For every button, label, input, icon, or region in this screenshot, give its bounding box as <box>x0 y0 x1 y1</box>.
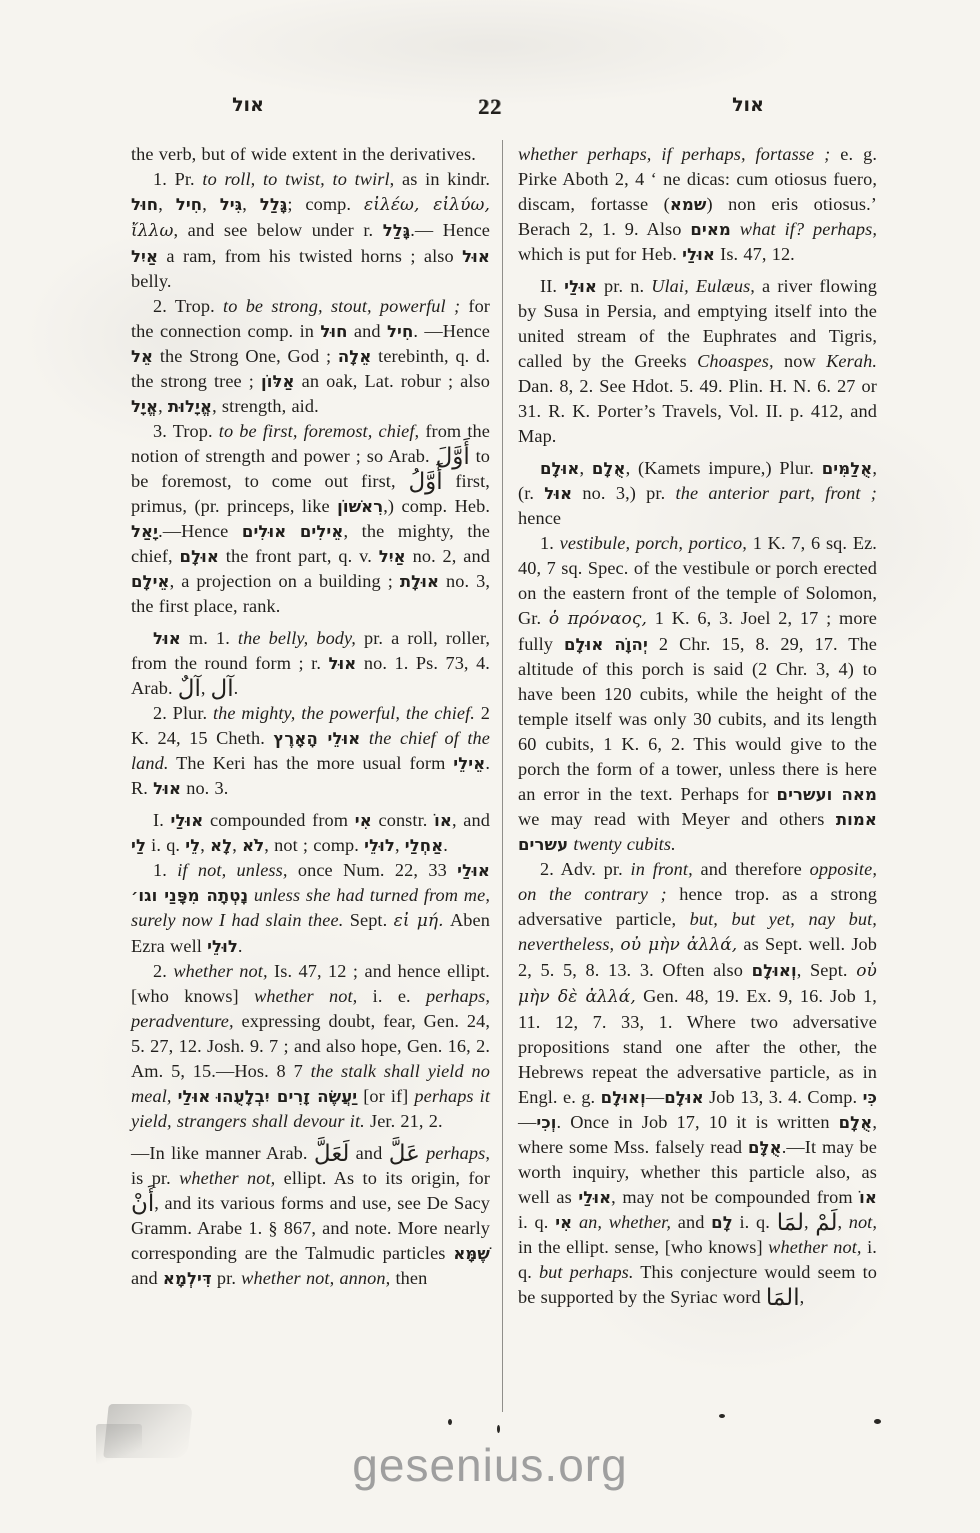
hebrew-text: אֵילִים <box>300 522 344 541</box>
text: pr. <box>212 1268 241 1288</box>
text: no. 2, and <box>406 546 490 566</box>
text: ,) comp. Heb. <box>383 496 490 516</box>
text: Dan. 8, 2. See Hdot. 5. 49. Plin. H. N. … <box>518 376 877 446</box>
text: , not ; comp. <box>264 835 364 855</box>
hebrew-text: אוּל <box>544 484 572 503</box>
text-columns: the verb, but of wide extent in the deri… <box>131 142 877 1310</box>
dictionary-paragraph: 1. vestibule, porch, portico, 1 K. 7, 6 … <box>518 531 877 857</box>
hebrew-text: אוּלָת <box>400 572 439 591</box>
hebrew-text: יָאַל <box>131 522 158 541</box>
dictionary-paragraph: I. אוּלַי compounded from אִי constr. או… <box>131 808 490 858</box>
text: , <box>158 396 168 416</box>
hebrew-text: לֹא <box>242 836 264 855</box>
text: i. q. <box>518 1212 555 1232</box>
text: , may not be compounded from <box>611 1187 859 1207</box>
italic-text: if not, unless, <box>177 860 287 880</box>
text: ; comp. <box>287 194 364 214</box>
italic-text: an, whether, <box>579 1212 671 1232</box>
text: . <box>443 835 448 855</box>
dictionary-paragraph: 2. Adv. pr. in front, and therefore oppo… <box>518 857 877 1310</box>
hebrew-text: אֻלָּם <box>748 1138 782 1157</box>
italic-text: twenty cubits. <box>573 834 675 854</box>
hebrew-text: לוּלֵי <box>207 937 238 956</box>
hebrew-text: אוֹ <box>859 1188 877 1207</box>
hebrew-text: גָּלַל <box>260 195 288 214</box>
hebrew-text: אוּל <box>153 779 181 798</box>
text: .—Hence <box>158 521 242 541</box>
text: then <box>390 1268 427 1288</box>
italic-text: perhaps, <box>426 1143 490 1163</box>
hebrew-text: אוּלָם <box>540 459 579 478</box>
italic-text: Choaspes, <box>697 351 774 371</box>
text: no. 3,) pr. <box>572 483 675 503</box>
right-column: whether perhaps, if perhaps, fortasse ; … <box>518 142 877 1310</box>
text: 2. Adv. pr. <box>540 859 631 879</box>
text: , <box>158 194 176 214</box>
text <box>731 219 740 239</box>
hebrew-text: אוּלֵי הָאָרֶץ <box>273 729 360 748</box>
hebrew-text: דִּילְמָא <box>163 1269 212 1288</box>
italic-text: whether perhaps, if perhaps, fortasse ; <box>518 144 830 164</box>
dictionary-paragraph: 3. Trop. to be first, foremost, chief, f… <box>131 419 490 619</box>
italic-text: the anterior part, front ; <box>676 483 877 503</box>
text: and therefore <box>693 859 810 879</box>
text: hence <box>518 508 561 528</box>
text: i. q. <box>733 1212 777 1232</box>
text: in the ellipt. sense, [who knows] <box>518 1237 768 1257</box>
hebrew-text: אֻלָם <box>839 1113 873 1132</box>
text: 1. <box>153 860 177 880</box>
text: which is put for Heb. <box>518 244 682 264</box>
text <box>603 634 614 654</box>
text: pr. n. <box>597 276 651 296</box>
text: [or if] <box>357 1086 414 1106</box>
text: , <box>200 835 210 855</box>
text: and <box>348 321 387 341</box>
hebrew-text: אוּלַי <box>564 277 597 296</box>
text: , <box>800 1287 805 1307</box>
arabic-text: لَعَلَّ <box>314 1141 350 1167</box>
text: ellipt. As to its origin, for <box>275 1168 490 1188</box>
hebrew-text: אוּל <box>462 247 490 266</box>
hebrew-text: לָא <box>210 836 232 855</box>
text: compounded from <box>203 810 354 830</box>
text: — <box>646 1087 664 1107</box>
italic-text: the mighty, the powerful, the chief. <box>213 703 475 723</box>
arabic-text: آل <box>211 676 234 702</box>
text: , <box>201 678 211 698</box>
text <box>286 521 300 541</box>
hebrew-text: חִיל <box>176 195 202 214</box>
hebrew-text: יַעֲשֶׂה זָרִים יִבְלָעֻהוּ <box>216 1087 357 1106</box>
text: . <box>234 678 239 698</box>
hebrew-text: אוּלָם <box>664 1088 703 1107</box>
arabic-text: أَوَّلُ <box>408 469 442 495</box>
hebrew-text: אֵלָה <box>338 347 372 366</box>
text: , and see below under r. <box>173 220 382 240</box>
hebrew-text: חוּל <box>131 195 158 214</box>
hebrew-text: אוּלָם <box>180 547 219 566</box>
arabic-text: عَلَّ <box>389 1141 420 1167</box>
hebrew-text: לֵי <box>185 836 200 855</box>
hebrew-text: רִאשׁוֹן <box>337 497 383 516</box>
italic-text: the belly, body, <box>238 628 356 648</box>
text: , and <box>452 810 490 830</box>
italic-text: what if? perhaps, <box>740 219 877 239</box>
hebrew-text: אַחְלַי <box>405 836 443 855</box>
text: 3. Trop. <box>153 421 219 441</box>
text: we may read with Meyer and others <box>518 809 836 829</box>
text: Is. 47, 12. <box>715 244 795 264</box>
text: .— Hence <box>410 220 490 240</box>
text: Sept. <box>343 910 393 930</box>
hebrew-text: אוּלַי <box>578 1188 611 1207</box>
text: constr. <box>372 810 434 830</box>
italic-text: in front, <box>631 859 693 879</box>
text: . —Hence <box>413 321 490 341</box>
dictionary-paragraph: אוּלָם, אֻלָם, (Kamets impure,) Plur. אֻ… <box>518 456 877 531</box>
text: , a projection on a building ; <box>170 571 400 591</box>
hebrew-text: אוּלָם <box>564 635 603 654</box>
text: , <box>804 1212 815 1232</box>
text: an oak, Lat. robur ; also <box>295 371 490 391</box>
text: , <box>395 835 405 855</box>
text: , as in kindr. <box>390 169 490 189</box>
italic-text: whether not, <box>179 1168 275 1188</box>
text: 1. Pr. <box>153 169 202 189</box>
text: Job 13, 3. 4. Comp. <box>704 1087 863 1107</box>
page-number: 22 <box>0 94 980 120</box>
text: , <box>579 458 591 478</box>
hebrew-text: שמא <box>670 195 707 214</box>
italic-text: to be strong, stout, powerful ; <box>223 296 460 316</box>
text: 1. <box>540 533 560 553</box>
text: and <box>349 1143 388 1163</box>
arabic-text: أَوَّلَ <box>436 444 470 470</box>
ink-speck <box>497 1425 500 1433</box>
greek-text: ὁ πρόναος, <box>549 609 647 629</box>
dictionary-paragraph: 1. if not, unless, once Num. 22, 33 אוּל… <box>131 858 490 959</box>
hebrew-text: גִּיל <box>220 195 242 214</box>
dictionary-paragraph: II. אוּלַי pr. n. Ulai, Eulæus, a river … <box>518 274 877 449</box>
text: 2. <box>153 961 173 981</box>
hebrew-text: לָם <box>711 1213 733 1232</box>
text: —In like manner Arab. <box>131 1143 314 1163</box>
hebrew-text: אַיִל <box>131 247 158 266</box>
greek-text: εἰ μή. <box>394 911 444 931</box>
text: and <box>671 1212 711 1232</box>
text: 2 Chr. 15, 8. 29, 17. The altitude of th… <box>518 634 877 804</box>
text: belly. <box>131 271 172 291</box>
text: , <box>242 194 260 214</box>
hebrew-text: וְאוּלָם <box>601 1088 646 1107</box>
hebrew-text: חוּל <box>320 322 347 341</box>
text: i. e. <box>357 986 426 1006</box>
text: a ram, from his twisted horns ; also <box>158 246 462 266</box>
header-catchword-right: אול <box>678 94 818 116</box>
hebrew-text: אוֹ <box>434 811 452 830</box>
text: , <box>232 835 242 855</box>
text <box>360 728 369 748</box>
greek-text: οὐ μὴν ἀλλά, <box>620 935 737 955</box>
hebrew-text: וְאוּלָם <box>752 961 797 980</box>
hebrew-text: גָּלַל <box>383 221 411 240</box>
arabic-text: لمَا <box>777 1210 804 1236</box>
dictionary-paragraph: whether perhaps, if perhaps, fortasse ; … <box>518 142 877 267</box>
arabic-text: آلٌ <box>178 676 201 702</box>
italic-text: to roll, to twist, to twirl <box>202 169 389 189</box>
hebrew-text: מאה ועשרים <box>777 785 877 804</box>
hebrew-text: אוּל <box>328 654 356 673</box>
text: once Num. 22, 33 <box>288 860 458 880</box>
text: , <box>838 1212 849 1232</box>
text: m. 1. <box>181 628 238 648</box>
ink-speck <box>448 1419 452 1425</box>
italic-text: Kerah. <box>826 351 877 371</box>
text: is pr. <box>131 1168 179 1188</box>
hebrew-text: אוּלַי <box>178 1087 211 1106</box>
text: the Strong One, God ; <box>153 346 338 366</box>
hebrew-text: אוּל <box>153 629 181 648</box>
text: 2. Trop. <box>153 296 223 316</box>
hebrew-text: אֻלַמִּים <box>822 459 873 478</box>
left-column: the verb, but of wide extent in the deri… <box>131 142 490 1310</box>
italic-text: to be first, foremost, chief, <box>219 421 419 441</box>
hebrew-text: אַלּוֹן <box>261 372 295 391</box>
hebrew-text: אוּלַי <box>682 245 715 264</box>
hebrew-text: אַיִל <box>379 547 406 566</box>
hebrew-text: אֱיָל <box>131 397 158 416</box>
hebrew-text: אוּלִים <box>242 522 286 541</box>
italic-text: but perhaps. <box>539 1262 634 1282</box>
text: , Sept. <box>797 960 856 980</box>
hebrew-text: שֶׁמָּא <box>453 1244 490 1263</box>
text: , and its various forms and use, see De … <box>131 1193 490 1263</box>
dictionary-paragraph: 2. Plur. the mighty, the powerful, the c… <box>131 701 490 801</box>
arabic-text: أَنْ <box>131 1191 154 1217</box>
ink-speck <box>719 1414 725 1418</box>
hebrew-text: אֻלָם <box>592 459 626 478</box>
text: I. <box>153 810 171 830</box>
text: now <box>774 351 826 371</box>
hebrew-text: לַי <box>131 836 146 855</box>
hebrew-text: אֵילָם <box>131 572 170 591</box>
hebrew-text: וְכִי <box>536 1113 556 1132</box>
running-header: אול 22 אול <box>0 94 980 126</box>
hebrew-text: כִּי <box>863 1088 877 1107</box>
italic-text: whether not, <box>768 1237 861 1257</box>
italic-text: vestibule, porch, portico, <box>560 533 747 553</box>
dictionary-paragraph: 2. whether not, Is. 47, 12 ; and hence e… <box>131 959 490 1134</box>
text: II. <box>540 276 564 296</box>
hebrew-text: יְהוָֹה <box>614 635 648 654</box>
text: , strength, aid. <box>212 396 319 416</box>
text: The Keri has the more usual form <box>169 753 454 773</box>
italic-text: whether not, annon, <box>241 1268 390 1288</box>
dictionary-paragraph: אוּל m. 1. the belly, body, pr. a roll, … <box>131 626 490 701</box>
text: no. 3. <box>181 778 228 798</box>
italic-text: whether not, <box>173 961 267 981</box>
text: the front part, q. v. <box>219 546 379 566</box>
site-watermark: gesenius.org <box>0 1438 980 1492</box>
ink-speck <box>874 1419 881 1424</box>
italic-text: whether not, <box>254 986 357 1006</box>
text: . Once in Job 17, 10 it is written <box>557 1112 839 1132</box>
dictionary-paragraph: 1. Pr. to roll, to twist, to twirl, as i… <box>131 167 490 294</box>
text: Jer. 21, 2. <box>365 1111 443 1131</box>
text: the verb, but of wide extent in the deri… <box>131 144 476 164</box>
arabic-text: المَا <box>766 1285 800 1311</box>
scanned-lexicon-page: אול 22 אול the verb, but of wide extent … <box>0 0 980 1533</box>
text: and <box>131 1268 163 1288</box>
dictionary-paragraph: —In like manner Arab. لَعَلَّ and عَلَّ … <box>131 1141 490 1291</box>
hebrew-text: אִי <box>555 1213 572 1232</box>
arabic-text: لَمْ <box>815 1210 837 1236</box>
hebrew-text: אֵילֵי <box>453 754 485 773</box>
hebrew-text: לוּלֵי <box>364 836 395 855</box>
hebrew-text: אֱיָלוּת <box>168 397 212 416</box>
dictionary-paragraph: 2. Trop. to be strong, stout, powerful ;… <box>131 294 490 419</box>
hebrew-text: מאים <box>690 220 731 239</box>
text: , (Kamets impure,) Plur. <box>626 458 822 478</box>
text: , <box>202 194 220 214</box>
dictionary-paragraph: the verb, but of wide extent in the deri… <box>131 142 490 167</box>
hebrew-text: אִי <box>355 811 372 830</box>
hebrew-text: אֵל <box>131 347 153 366</box>
italic-text: not, <box>849 1212 877 1232</box>
text <box>572 1212 579 1232</box>
italic-text: Ulai, Eulæus, <box>651 276 755 296</box>
text: i. q. <box>146 835 185 855</box>
hebrew-text: אוּלַי <box>171 811 204 830</box>
text: 2. Plur. <box>153 703 213 723</box>
hebrew-text: חִיל <box>387 322 413 341</box>
text: — <box>518 1112 536 1132</box>
text: . <box>238 936 243 956</box>
